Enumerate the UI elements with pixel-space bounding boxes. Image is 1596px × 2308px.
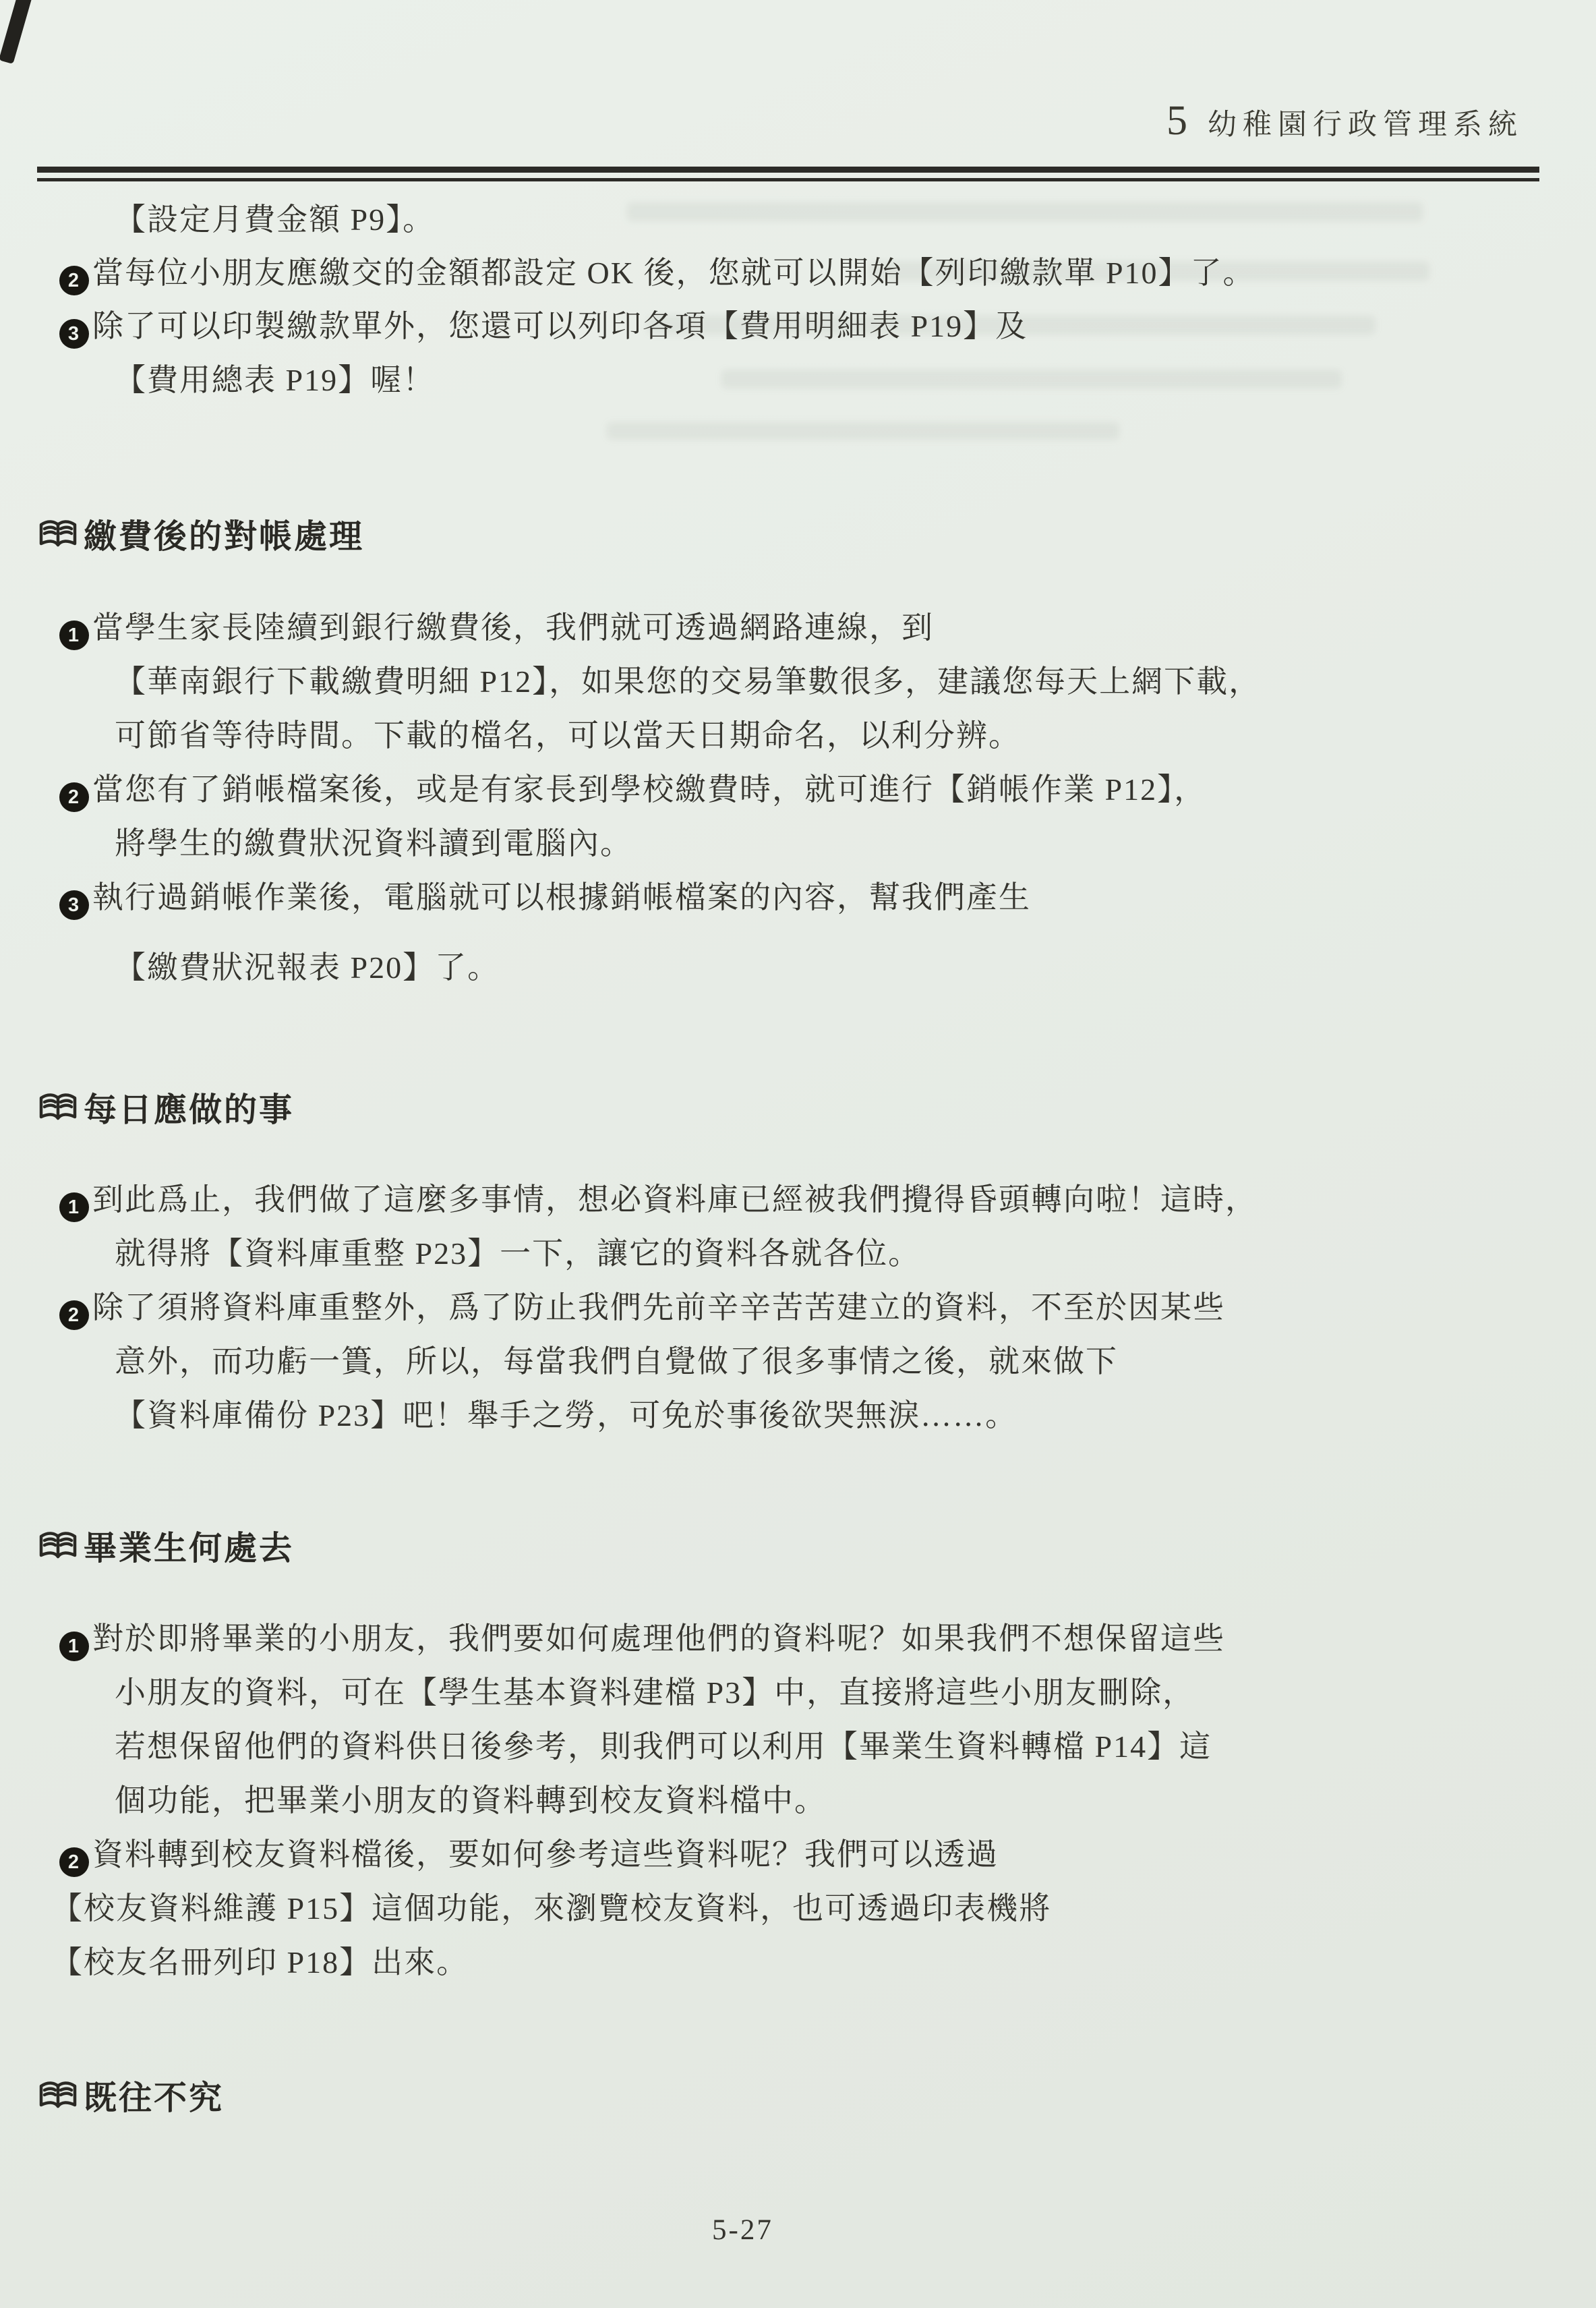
body-line: 可節省等待時間。下載的檔名，可以當天日期命名，以利分辨。 <box>115 717 1021 754</box>
body-line: 3執行過銷帳作業後，電腦就可以根據銷帳檔案的內容，幫我們產生 <box>59 879 1031 920</box>
body-line: 個功能，把畢業小朋友的資料轉到校友資料檔中。 <box>115 1782 827 1819</box>
line-text: 【校友資料維護 P15】這個功能，來瀏覽校友資料，也可透過印表機將 <box>51 1891 1051 1926</box>
line-text: 就得將【資料庫重整 P23】一下，讓它的資料各就各位。 <box>115 1236 920 1271</box>
body-line: 1到此爲止，我們做了這麼多事情，想必資料庫已經被我們攪得昏頭轉向啦！這時， <box>59 1181 1258 1222</box>
line-text: 當每位小朋友應繳交的金額都設定 OK 後，您就可以開始【列印繳款單 P10】了。 <box>92 256 1255 290</box>
section-title-text: 繳費後的對帳處理 <box>84 511 364 558</box>
section-title-text: 每日應做的事 <box>84 1084 294 1131</box>
bullet-number: 2 <box>59 1300 89 1330</box>
line-text: 執行過銷帳作業後，電腦就可以根據銷帳檔案的內容，幫我們產生 <box>92 880 1031 915</box>
body-line: 2除了須將資料庫重整外，爲了防止我們先前辛辛苦苦建立的資料，不至於因某些 <box>59 1289 1225 1330</box>
body-line: 【校友名冊列印 P18】出來。 <box>51 1944 469 1981</box>
line-text: 小朋友的資料，可在【學生基本資料建檔 P3】中，直接將這些小朋友刪除， <box>115 1675 1195 1710</box>
line-text: 將學生的繳費狀況資料讀到電腦內。 <box>115 826 632 861</box>
line-text: 【設定月費金額 P9】。 <box>115 202 435 237</box>
open-book-icon <box>38 519 78 550</box>
line-text: 【繳費狀況報表 P20】了。 <box>115 950 500 985</box>
section-title-text: 既往不究 <box>84 2072 224 2119</box>
line-text: 當您有了銷帳檔案後，或是有家長到學校繳費時，就可進行【銷帳作業 P12】， <box>92 772 1206 807</box>
body-line: 若想保留他們的資料供日後參考，則我們可以利用【畢業生資料轉檔 P14】這 <box>115 1728 1212 1765</box>
scan-corner-artifact <box>0 0 32 64</box>
body-line: 【華南銀行下載繳費明細 P12】，如果您的交易筆數很多，建議您每天上網下載， <box>115 663 1261 700</box>
bullet-number: 1 <box>59 1192 89 1222</box>
body-line: 小朋友的資料，可在【學生基本資料建檔 P3】中，直接將這些小朋友刪除， <box>115 1674 1195 1711</box>
body-line: 【校友資料維護 P15】這個功能，來瀏覽校友資料，也可透過印表機將 <box>51 1890 1051 1927</box>
line-text: 若想保留他們的資料供日後參考，則我們可以利用【畢業生資料轉檔 P14】這 <box>115 1729 1212 1764</box>
body-line: 意外，而功虧一簣，所以，每當我們自覺做了很多事情之後，就來做下 <box>115 1343 1118 1380</box>
line-text: 資料轉到校友資料檔後，要如何參考這些資料呢？我們可以透過 <box>92 1837 999 1872</box>
line-text: 【費用總表 P19】喔！ <box>115 363 435 397</box>
page-number: 5-27 <box>712 2214 773 2247</box>
line-text: 意外，而功虧一簣，所以，每當我們自覺做了很多事情之後，就來做下 <box>115 1344 1118 1379</box>
body-line: 【資料庫備份 P23】吧！舉手之勞，可免於事後欲哭無淚……。 <box>115 1397 1017 1434</box>
header-double-rule <box>37 167 1539 181</box>
bullet-number: 1 <box>59 1632 89 1661</box>
body-line: 將學生的繳費狀況資料讀到電腦內。 <box>115 825 632 862</box>
scanned-manual-page: 5 幼稚園行政管理系統 【設定月費金額 P9】。 2當每位小朋友應繳交的金額都設… <box>0 0 1596 2308</box>
line-text: 【華南銀行下載繳費明細 P12】，如果您的交易筆數很多，建議您每天上網下載， <box>115 664 1261 699</box>
open-book-icon <box>38 1530 78 1561</box>
body-line: 1當學生家長陸續到銀行繳費後，我們就可透過網路連線，到 <box>59 609 934 650</box>
chapter-number: 5 <box>1166 100 1187 142</box>
line-text: 【資料庫備份 P23】吧！舉手之勞，可免於事後欲哭無淚……。 <box>115 1398 1017 1433</box>
body-line: 2當您有了銷帳檔案後，或是有家長到學校繳費時，就可進行【銷帳作業 P12】， <box>59 771 1206 812</box>
line-text: 到此爲止，我們做了這麼多事情，想必資料庫已經被我們攪得昏頭轉向啦！這時， <box>92 1182 1258 1217</box>
bullet-number: 2 <box>59 266 89 295</box>
open-book-icon <box>38 1092 78 1123</box>
bleed-through-ghost <box>627 202 1423 221</box>
section-title-after-payment-reconciliation: 繳費後的對帳處理 <box>38 511 364 558</box>
body-line: 【費用總表 P19】喔！ <box>115 362 435 399</box>
body-line: 2資料轉到校友資料檔後，要如何參考這些資料呢？我們可以透過 <box>59 1836 999 1877</box>
line-text: 【校友名冊列印 P18】出來。 <box>51 1945 469 1980</box>
bullet-number: 3 <box>59 890 89 920</box>
bleed-through-ghost <box>607 422 1119 440</box>
section-title-graduates: 畢業生何處去 <box>38 1522 294 1569</box>
line-text: 可節省等待時間。下載的檔名，可以當天日期命名，以利分辨。 <box>115 718 1021 753</box>
body-line: 就得將【資料庫重整 P23】一下，讓它的資料各就各位。 <box>115 1235 920 1272</box>
line-text: 除了可以印製繳款單外，您還可以列印各項【費用明細表 P19】及 <box>92 309 1028 343</box>
body-line: 3除了可以印製繳款單外，您還可以列印各項【費用明細表 P19】及 <box>59 308 1028 349</box>
line-text: 除了須將資料庫重整外，爲了防止我們先前辛辛苦苦建立的資料，不至於因某些 <box>92 1290 1225 1325</box>
body-line: 2當每位小朋友應繳交的金額都設定 OK 後，您就可以開始【列印繳款單 P10】了… <box>59 254 1255 295</box>
bleed-through-ghost <box>721 370 1342 388</box>
body-line: 【繳費狀況報表 P20】了。 <box>115 949 500 986</box>
section-title-bygones: 既往不究 <box>38 2072 224 2119</box>
bullet-number: 1 <box>59 621 89 650</box>
line-text: 個功能，把畢業小朋友的資料轉到校友資料檔中。 <box>115 1783 827 1818</box>
line-text: 當學生家長陸續到銀行繳費後，我們就可透過網路連線，到 <box>92 610 934 645</box>
body-line: 【設定月費金額 P9】。 <box>115 201 435 238</box>
chapter-header: 5 幼稚園行政管理系統 <box>1166 100 1523 142</box>
bullet-number: 3 <box>59 319 89 349</box>
section-title-text: 畢業生何處去 <box>84 1522 294 1569</box>
bullet-number: 2 <box>59 1847 89 1877</box>
bullet-number: 2 <box>59 782 89 812</box>
body-line: 1對於即將畢業的小朋友，我們要如何處理他們的資料呢？如果我們不想保留這些 <box>59 1620 1225 1661</box>
line-text: 對於即將畢業的小朋友，我們要如何處理他們的資料呢？如果我們不想保留這些 <box>92 1621 1225 1656</box>
section-title-daily-tasks: 每日應做的事 <box>38 1084 294 1131</box>
chapter-title: 幼稚園行政管理系統 <box>1208 111 1523 140</box>
open-book-icon <box>38 2080 78 2111</box>
